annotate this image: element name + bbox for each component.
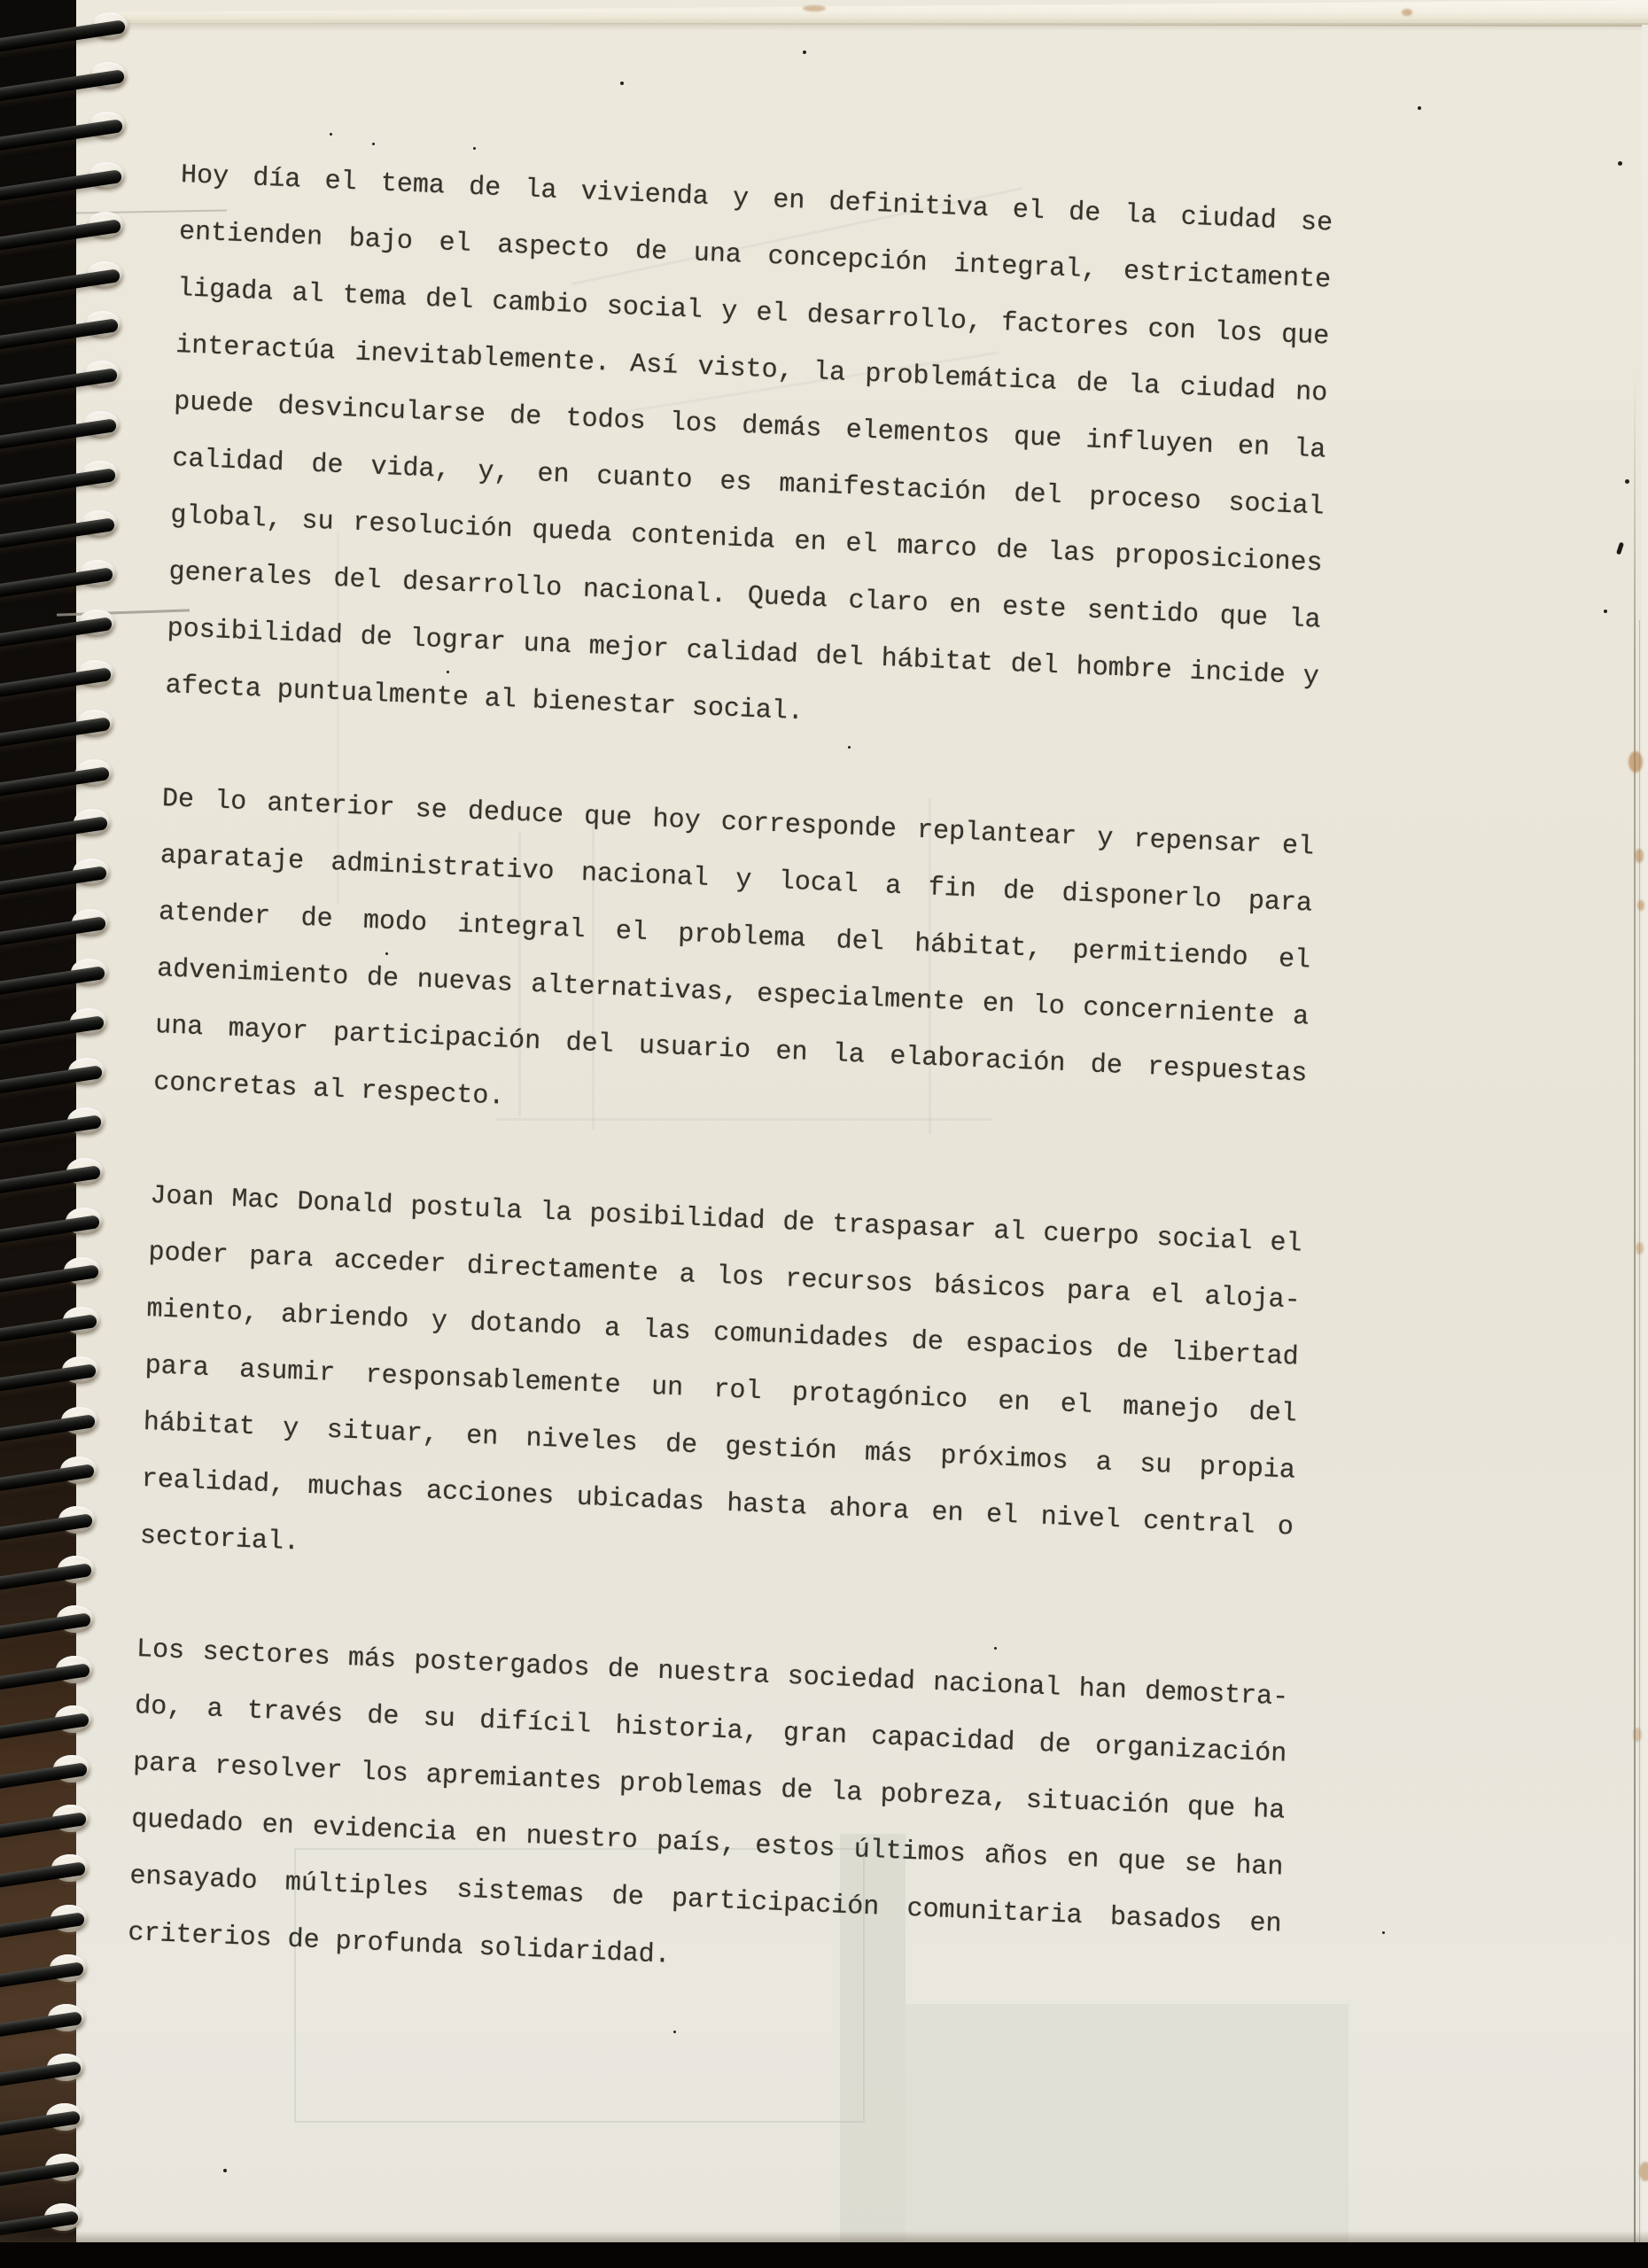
scan-bottom-edge <box>0 2242 1648 2268</box>
scanned-document: Hoy día el tema de la vivienda y en defi… <box>0 0 1648 2268</box>
page-bottom-shadow <box>0 2231 1648 2243</box>
spiral-binding <box>0 0 1648 2268</box>
